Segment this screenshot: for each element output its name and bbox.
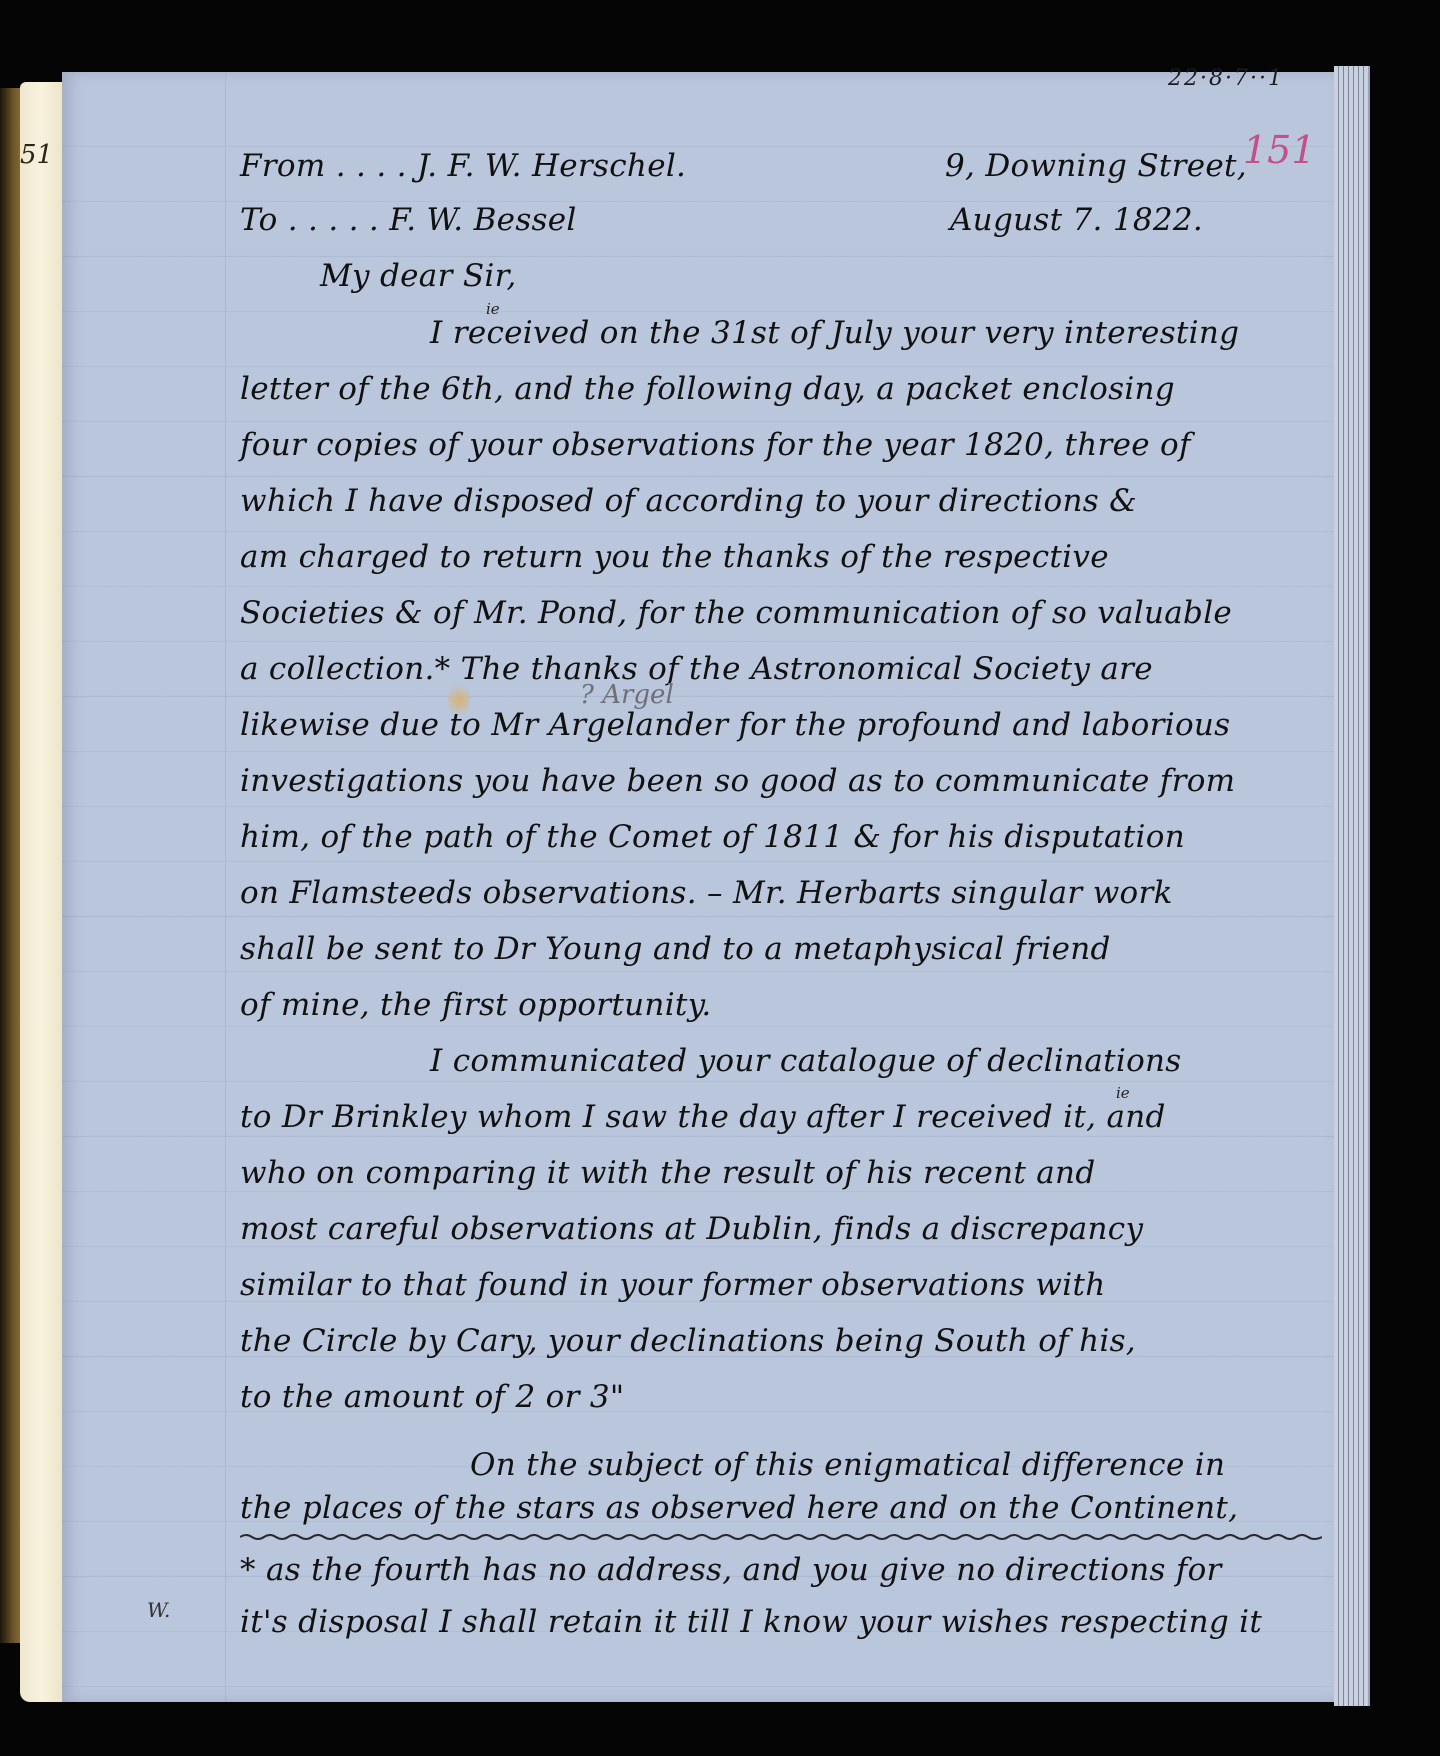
wavy-underline xyxy=(240,1531,1322,1543)
from-label: From xyxy=(240,148,326,184)
letter-date: August 7. 1822. xyxy=(950,202,1203,238)
body-line: likewise due to Mr Argelander for the pr… xyxy=(240,707,1230,743)
from-dots: . . . . xyxy=(336,148,407,184)
body-line: four copies of your observations for the… xyxy=(240,427,1191,463)
body-line: which I have disposed of according to yo… xyxy=(240,483,1137,519)
sender-address: 9, Downing Street, xyxy=(945,148,1247,184)
to-dots: . . . . . xyxy=(288,202,379,238)
body-line: most careful observations at Dublin, fin… xyxy=(240,1211,1143,1247)
body-line: letter of the 6th, and the following day… xyxy=(240,371,1175,407)
body-line: of mine, the first opportunity. xyxy=(240,987,712,1023)
to-line: To . . . . . F. W. Bessel xyxy=(240,202,577,238)
body-line: the places of the stars as observed here… xyxy=(240,1490,1238,1526)
body-line: him, of the path of the Comet of 1811 & … xyxy=(240,819,1185,855)
from-line: From . . . . J. F. W. Herschel. xyxy=(240,148,686,184)
spine-page-number: 51 xyxy=(20,140,53,170)
body-line: am charged to return you the thanks of t… xyxy=(240,539,1109,575)
margin-initial: W. xyxy=(147,1598,170,1622)
pencil-annotation: ? Argel xyxy=(580,680,674,710)
folio-number: 151 xyxy=(1243,128,1316,172)
body-line: I communicated your catalogue of declina… xyxy=(430,1043,1182,1079)
salutation: My dear Sir, xyxy=(320,258,516,294)
body-line: the Circle by Cary, your declinations be… xyxy=(240,1323,1136,1359)
body-line: Societies & of Mr. Pond, for the communi… xyxy=(240,595,1232,631)
stacked-page-edges xyxy=(1334,66,1370,1706)
body-line: investigations you have been so good as … xyxy=(240,763,1235,799)
footnote-line: * as the fourth has no address, and you … xyxy=(240,1552,1222,1588)
body-line: On the subject of this enigmatical diffe… xyxy=(470,1447,1225,1483)
book-spine-page-edge xyxy=(20,82,64,1702)
body-line: a collection.* The thanks of the Astrono… xyxy=(240,651,1153,687)
body-line: to Dr Brinkley whom I saw the day after … xyxy=(240,1099,1166,1135)
body-line: to the amount of 2 or 3" xyxy=(240,1379,624,1415)
body-line: on Flamsteeds observations. – Mr. Herbar… xyxy=(240,875,1173,911)
book-spine-binding xyxy=(0,88,22,1643)
to-label: To xyxy=(240,202,278,238)
body-line: shall be sent to Dr Young and to a metap… xyxy=(240,931,1111,967)
margin-rule xyxy=(225,72,226,1702)
body-line: who on comparing it with the result of h… xyxy=(240,1155,1095,1191)
body-line: I received on the 31st of July your very… xyxy=(430,315,1239,351)
sender-name: J. F. W. Herschel. xyxy=(417,148,686,184)
footnote-line: it's disposal I shall retain it till I k… xyxy=(240,1604,1262,1640)
body-line: similar to that found in your former obs… xyxy=(240,1267,1106,1303)
archive-reference-number: 22·8·7··1 xyxy=(1168,66,1284,91)
recipient-name: F. W. Bessel xyxy=(389,202,576,238)
